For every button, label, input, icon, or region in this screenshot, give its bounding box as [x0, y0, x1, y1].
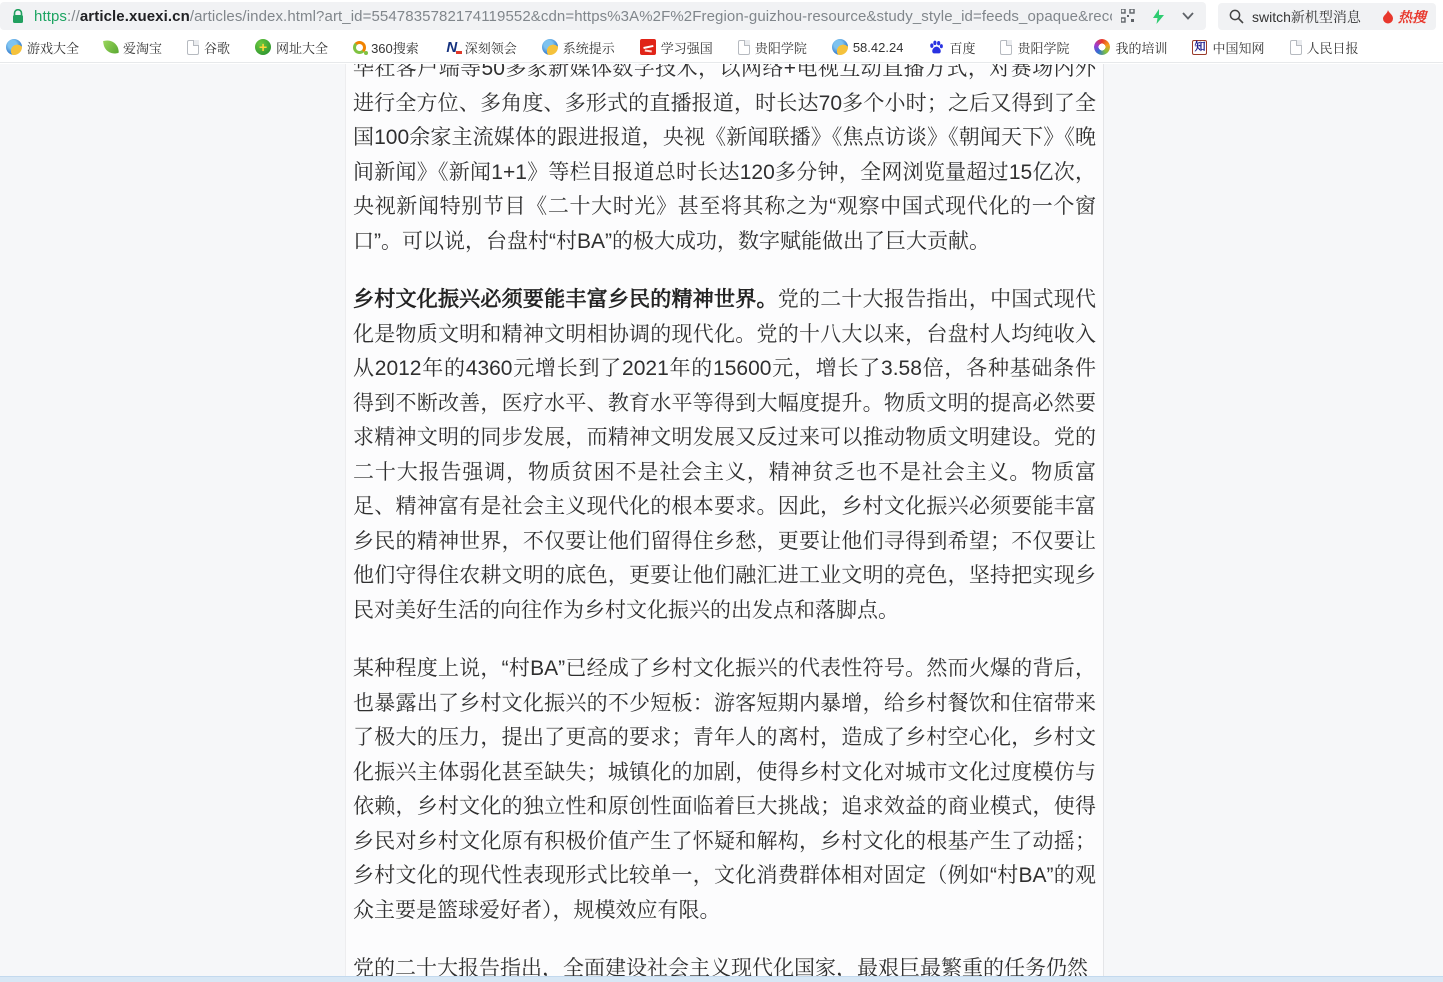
- plus-circle-icon: +: [255, 39, 271, 55]
- url-host: article.xuexi.cn: [80, 8, 190, 25]
- bookmark-item[interactable]: 贵阳学院: [738, 38, 807, 57]
- bookmark-label: 人民日报: [1307, 38, 1359, 57]
- globe-icon: [542, 39, 558, 55]
- cnki-icon: 知: [1192, 40, 1207, 55]
- bottom-scroll-strip: [0, 976, 1443, 982]
- bookmark-label: 中国知网: [1212, 38, 1264, 57]
- bookmark-label: 贵阳学院: [1017, 38, 1069, 57]
- browser-topbar: https://article.xuexi.cn/articles/index.…: [0, 0, 1443, 32]
- leaf-icon: [103, 39, 119, 55]
- bookmarks-bar: 游戏大全 爱淘宝 谷歌 + 网址大全 360搜索 N 深刻领会 系统提示 学习强…: [0, 32, 1443, 63]
- search-query-text[interactable]: switch新机型消息: [1252, 7, 1372, 27]
- bookmark-label: 学习强国: [661, 38, 713, 57]
- bookmark-label: 360搜索: [371, 38, 419, 57]
- bookmark-item[interactable]: 百度: [928, 38, 975, 57]
- bookmark-label: 深刻领会: [465, 38, 517, 57]
- bookmark-label: 网址大全: [276, 38, 328, 57]
- article-paragraph: 某种程度上说，“村BA”已经成了乡村文化振兴的代表性符号。然而火爆的背后，也暴露…: [353, 652, 1096, 928]
- qr-grid-icon[interactable]: [1120, 8, 1136, 24]
- bookmark-item[interactable]: 学习强国: [640, 38, 713, 57]
- bookmark-item[interactable]: 人民日报: [1290, 38, 1359, 57]
- hot-search-button[interactable]: 热搜: [1380, 7, 1426, 27]
- bookmark-label: 百度: [949, 38, 975, 57]
- bookmark-label: 谷歌: [204, 38, 230, 57]
- bookmark-label: 58.42.24: [853, 40, 904, 55]
- lock-icon: [10, 8, 26, 24]
- chevron-down-icon[interactable]: [1180, 8, 1196, 24]
- bookmark-label: 贵阳学院: [755, 38, 807, 57]
- document-icon: [1000, 40, 1012, 55]
- article-body: 华社客户端等50多家新媒体数字技术，以网络+电视互动直播方式，对赛场内外进行全方…: [353, 64, 1096, 982]
- document-icon: [738, 40, 750, 55]
- web-page-viewport: 华社客户端等50多家新媒体数字技术，以网络+电视互动直播方式，对赛场内外进行全方…: [0, 64, 1443, 982]
- xuexi-red-square-icon: [640, 39, 656, 55]
- bookmark-label: 我的培训: [1115, 38, 1167, 57]
- document-icon: [1290, 40, 1302, 55]
- search-icon: [1228, 9, 1244, 25]
- article-paragraph: 乡村文化振兴必须要能丰富乡民的精神世界。党的二十大报告指出，中国式现代化是物质文…: [353, 283, 1096, 628]
- url-scheme: https: [34, 8, 67, 25]
- globe-icon: [832, 39, 848, 55]
- url-separator: ://: [67, 8, 80, 25]
- bookmark-item[interactable]: 爱淘宝: [104, 38, 162, 57]
- bookmark-label: 系统提示: [563, 38, 615, 57]
- bookmark-item[interactable]: 360搜索: [353, 38, 419, 57]
- bookmark-item[interactable]: 贵阳学院: [1000, 38, 1069, 57]
- globe-icon: [6, 39, 22, 55]
- bookmark-item[interactable]: 系统提示: [542, 38, 615, 57]
- bookmark-label: 爱淘宝: [123, 38, 162, 57]
- paragraph-text: 华社客户端等50多家新媒体数字技术，以网络+电视互动直播方式，对赛场内外进行全方…: [353, 64, 1096, 253]
- news-icon: N: [444, 39, 460, 55]
- bookmark-label: 游戏大全: [27, 38, 79, 57]
- address-bar[interactable]: https://article.xuexi.cn/articles/index.…: [0, 2, 1206, 30]
- flame-icon: [1380, 9, 1396, 25]
- training-color-ring-icon: [1094, 39, 1110, 55]
- hot-search-label: 热搜: [1398, 7, 1426, 27]
- url-text[interactable]: https://article.xuexi.cn/articles/index.…: [34, 8, 1112, 25]
- quick-search-box[interactable]: switch新机型消息 热搜: [1218, 3, 1436, 30]
- bookmark-item[interactable]: 游戏大全: [6, 38, 79, 57]
- bookmark-item[interactable]: 谷歌: [187, 38, 230, 57]
- paragraph-text: 某种程度上说，“村BA”已经成了乡村文化振兴的代表性符号。然而火爆的背后，也暴露…: [353, 657, 1096, 922]
- bookmark-item[interactable]: + 网址大全: [255, 38, 328, 57]
- bookmark-item[interactable]: 58.42.24: [832, 39, 904, 55]
- bookmark-item[interactable]: 知 中国知网: [1192, 38, 1264, 57]
- ring-360-icon: [353, 41, 366, 54]
- paragraph-text: 党的二十大报告指出，中国式现代化是物质文明和精神文明相协调的现代化。党的十八大以…: [353, 288, 1096, 622]
- url-path: /articles/index.html?art_id=554783578217…: [190, 8, 1112, 25]
- paragraph-lead: 乡村文化振兴必须要能丰富乡民的精神世界。: [353, 288, 778, 311]
- article-paragraph: 华社客户端等50多家新媒体数字技术，以网络+电视互动直播方式，对赛场内外进行全方…: [353, 64, 1096, 259]
- bookmark-item[interactable]: 我的培训: [1094, 38, 1167, 57]
- bookmark-item[interactable]: N 深刻领会: [444, 38, 517, 57]
- baidu-paw-icon: [928, 39, 944, 55]
- lightning-icon[interactable]: [1150, 8, 1166, 24]
- document-icon: [187, 40, 199, 55]
- article-column: 华社客户端等50多家新媒体数字技术，以网络+电视互动直播方式，对赛场内外进行全方…: [345, 64, 1104, 982]
